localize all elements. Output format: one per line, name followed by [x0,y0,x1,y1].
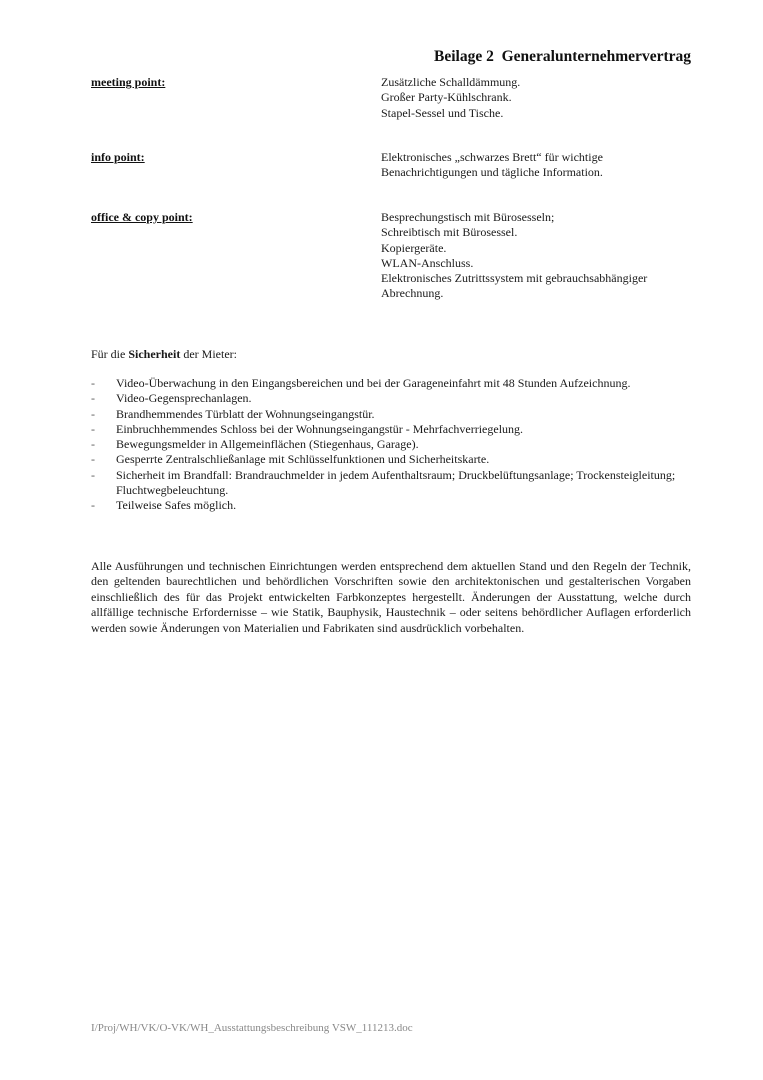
closing-paragraph: Alle Ausführungen und technischen Einric… [91,559,691,636]
section-line: Kopiergeräte. [381,241,711,256]
bullet-dash-icon: - [91,452,95,467]
bullet-dash-icon: - [91,407,95,422]
list-item-text: Brandhemmendes Türblatt der Wohnungseing… [116,407,375,421]
bullet-dash-icon: - [91,391,95,406]
bullet-dash-icon: - [91,498,95,513]
section-lines: Elektronisches „schwarzes Brett“ für wic… [381,150,711,181]
section-line: Schreibtisch mit Bürosessel. [381,225,711,240]
section-line: Zusätzliche Schalldämmung. [381,75,711,90]
footer-file-path: I/Proj/WH/VK/O-VK/WH_Ausstattungsbeschre… [91,1021,413,1036]
bullet-dash-icon: - [91,468,95,483]
list-item: -Einbruchhemmendes Schloss bei der Wohnu… [91,422,711,437]
section-lines: Zusätzliche Schalldämmung. Großer Party-… [381,75,711,121]
list-item: -Sicherheit im Brandfall: Brandrauchmeld… [91,468,676,499]
list-item-text: Sicherheit im Brandfall: Brandrauchmelde… [116,468,675,497]
section-label: office & copy point: [91,210,193,225]
security-intro-bold: Sicherheit [128,347,180,361]
list-item-text: Einbruchhemmendes Schloss bei der Wohnun… [116,422,523,436]
security-intro-suffix: der Mieter: [180,347,237,361]
section-lines: Besprechungstisch mit Bürosesseln; Schre… [381,210,711,302]
section-line: WLAN-Anschluss. [381,256,711,271]
list-item: -Gesperrte Zentralschließanlage mit Schl… [91,452,711,467]
list-item-text: Bewegungsmelder in Allgemeinflächen (Sti… [116,437,419,451]
security-intro-prefix: Für die [91,347,128,361]
security-bullet-list: -Video-Überwachung in den Eingangsbereic… [91,376,711,514]
section-line: Stapel-Sessel und Tische. [381,106,711,121]
list-item-text: Teilweise Safes möglich. [116,498,236,512]
section-label: info point: [91,150,145,165]
section-line: Benachrichtigungen und tägliche Informat… [381,165,711,180]
list-item: -Teilweise Safes möglich. [91,498,711,513]
bullet-dash-icon: - [91,376,95,391]
list-item-text: Video-Gegensprechanlagen. [116,391,252,405]
list-item-text: Gesperrte Zentralschließanlage mit Schlü… [116,452,489,466]
list-item: -Brandhemmendes Türblatt der Wohnungsein… [91,407,711,422]
section-line: Elektronisches Zutrittssystem mit gebrau… [381,271,711,286]
section-line: Großer Party-Kühlschrank. [381,90,711,105]
list-item: -Bewegungsmelder in Allgemeinflächen (St… [91,437,711,452]
list-item: -Video-Überwachung in den Eingangsbereic… [91,376,711,391]
security-intro: Für die Sicherheit der Mieter: [91,347,237,362]
list-item: -Video-Gegensprechanlagen. [91,391,711,406]
section-line: Besprechungstisch mit Bürosesseln; [381,210,711,225]
bullet-dash-icon: - [91,422,95,437]
list-item-text: Video-Überwachung in den Eingangsbereich… [116,376,630,390]
bullet-dash-icon: - [91,437,95,452]
document-header-title: Beilage 2 Generalunternehmervertrag [434,48,691,66]
section-line: Elektronisches „schwarzes Brett“ für wic… [381,150,711,165]
section-label: meeting point: [91,75,165,90]
section-line: Abrechnung. [381,286,711,301]
